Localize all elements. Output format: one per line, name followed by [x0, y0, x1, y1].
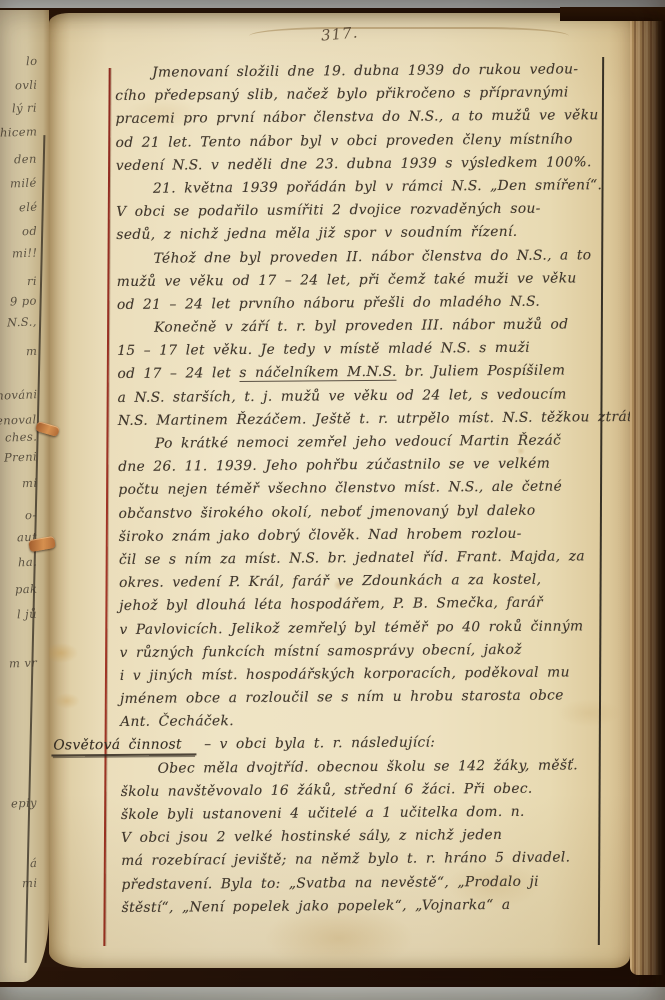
manuscript-line: Téhož dne byl proveden II. nábor členstv… — [116, 244, 614, 271]
chronicle-page-photo: loovlilý rihicemdenmiléeléodmi!!ri9 poN.… — [0, 0, 665, 1000]
prev-page-text-fragment: pak — [14, 582, 37, 597]
page-number: 317. — [320, 23, 359, 44]
prev-page-text-fragment: 9 po — [10, 294, 37, 309]
prev-page-text-fragment: mi — [21, 876, 37, 891]
manuscript-line: V obci se podařilo usmířiti 2 dvojice ro… — [116, 197, 614, 224]
prev-page-text-fragment: ha. — [18, 555, 38, 570]
manuscript-line: mužů ve věku od 17 – 24 let, při čemž ta… — [117, 267, 615, 294]
prev-page-text-fragment: enoval — [0, 412, 37, 427]
prev-page-text-fragment: ovli — [14, 78, 37, 93]
table-surface-bottom — [0, 987, 665, 1000]
prev-page-text-fragment: o- — [25, 508, 37, 522]
prev-page-text-fragment: ches. — [5, 429, 38, 444]
prev-page-text-fragment: elé — [18, 200, 37, 215]
manuscript-line: Obec měla dvojtříd. obecnou školu se 142… — [120, 754, 618, 781]
manuscript-line: štěstí“, „Není popelek jako popelek“, „V… — [122, 893, 620, 920]
prev-page-text-fragment: á — [29, 856, 37, 870]
section-heading-rest: – v obci byla t. r. následující: — [196, 735, 435, 753]
manuscript-line: čil se s ním za míst. N.S. br. jednatel … — [119, 545, 617, 572]
prev-page-text-fragment: mi!! — [11, 246, 37, 261]
previous-page-edge: loovlilý rihicemdenmiléeléodmi!!ri9 poN.… — [0, 10, 49, 982]
prev-page-text-fragment: mi — [21, 476, 37, 491]
prev-page-text-fragment: lo — [25, 54, 37, 68]
manuscript-lines: Jmenovaní složili dne 19. dubna 1939 do … — [115, 58, 620, 920]
section-heading-title: Osvětová činnost — [51, 737, 196, 757]
manuscript-line: jehož byl dlouhá léta hospodářem, P. B. … — [119, 591, 617, 618]
prev-page-text-fragment: milé — [10, 176, 37, 191]
prev-page-text-fragment: l jů — [17, 607, 37, 622]
prev-page-text-fragment: m — [25, 344, 37, 358]
manuscript-line: Konečně v září t. r. byl proveden III. n… — [117, 313, 615, 340]
red-margin-rule — [103, 68, 110, 946]
manuscript-line: od 17 – 24 let s náčelníkem M.N.S. br. J… — [117, 360, 615, 387]
book-spine-top — [560, 7, 665, 21]
manuscript-line: počtu nejen téměř všechno členstvo míst.… — [118, 475, 616, 502]
prev-page-text-fragment: od — [22, 224, 38, 239]
prev-page-text-fragment: m vr — [9, 656, 38, 671]
prev-page-text-fragment: ri — [27, 274, 37, 288]
manuscript-line: pracemi pro první nábor členstva do N.S.… — [115, 104, 613, 131]
prev-page-text-fragment: lý ri — [12, 101, 37, 116]
underlined-phrase: s náčelníkem M.N.S. — [239, 364, 396, 382]
page-top-edge — [249, 27, 569, 45]
manuscript-line: jménem obce a rozloučil se s ním u hrobu… — [120, 684, 618, 711]
prev-page-text-fragment: den — [14, 152, 37, 167]
manuscript-line: má rozebírací jeviště; na němž bylo t. r… — [121, 846, 619, 873]
manuscript-line: v Pavlovicích. Jelikož zemřelý byl téměř… — [119, 615, 617, 642]
prev-page-text-fragment: epiy — [11, 796, 37, 811]
page-edge-stack — [630, 9, 665, 975]
prev-page-text-fragment: hicem — [0, 124, 37, 139]
prev-page-text-fragment: anováni — [0, 387, 37, 403]
prev-page-text-fragment: N.S., — [7, 314, 37, 329]
manuscript-page: 317. Jmenovaní složili dne 19. dubna 193… — [49, 13, 630, 968]
prev-page-text-fragment: Preni — [4, 449, 38, 464]
